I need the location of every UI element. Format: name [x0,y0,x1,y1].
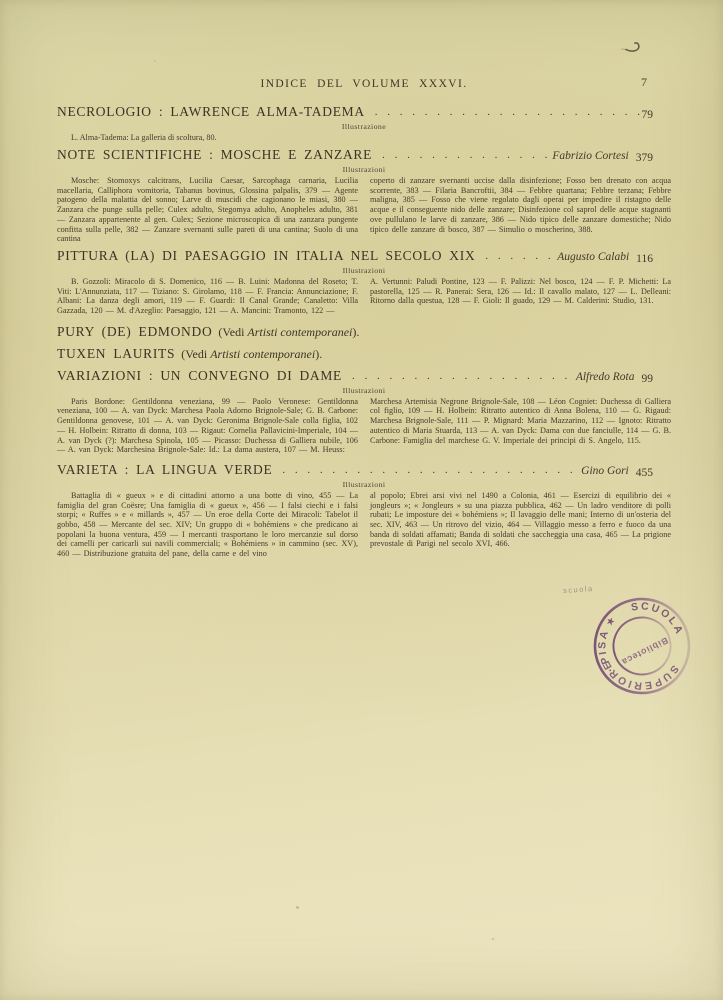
entry-page-number: 79 [642,109,654,121]
index-entry-varieta: VARIETA : LA LINGUA VERDE . . . . . . . … [57,462,671,559]
illustrations-label: Illustrazioni [57,266,671,275]
cross-reference-suffix: ). [315,347,322,361]
entry-author: Fabrizio Cortesi [552,150,628,162]
cross-reference: (Vedi Artisti contemporanei). [181,347,322,362]
dot-leader: . . . . . . . . . . . . . . . . . . . . … [272,464,581,476]
library-stamp: SCUOLA SUPERIORE · PISA ★ Biblioteca [580,584,704,708]
paper-speck [154,60,156,62]
illustrations-label: Illustrazione [57,122,671,131]
entry-heading: VARIETA : LA LINGUA VERDE . . . . . . . … [57,462,671,478]
entry-title: VARIAZIONI : UN CONVEGNO DI DAME [57,368,342,384]
entry-page-number: 455 [636,467,653,479]
paper-speck [296,906,299,909]
cross-reference-target: Artisti contemporanei [247,325,352,339]
illustrations-label: Illustrazioni [57,480,671,489]
entry-title: NOTE SCIENTIFICHE : MOSCHE E ZANZARE [57,147,372,163]
entry-page-number: 99 [642,373,654,385]
dot-leader: . . . . . . . . . . . . . . . . . . . . … [365,106,642,118]
illustration-list-right: al popolo; Ebrei arsi vivi nel 1490 a Co… [370,491,671,559]
cross-reference-suffix: ). [352,325,359,339]
entry-heading: NECROLOGIO : LAWRENCE ALMA-TADEMA . . . … [57,104,671,120]
illustration-columns: Battaglia di « gueux » e di cittadini at… [57,491,671,559]
index-entry-necrologio: NECROLOGIO : LAWRENCE ALMA-TADEMA . . . … [57,104,671,142]
entry-author: Augusto Calabi [557,251,629,263]
entry-heading: VARIAZIONI : UN CONVEGNO DI DAME . . . .… [57,368,671,384]
scanned-index-page: INDICE DEL VOLUME XXXVI. 7 NECROLOGIO : … [0,0,723,1000]
entry-title: PITTURA (LA) DI PAESAGGIO IN ITALIA NEL … [57,248,475,264]
page-header: INDICE DEL VOLUME XXXVI. 7 [57,74,671,90]
index-entry-note-scientifiche: NOTE SCIENTIFICHE : MOSCHE E ZANZARE . .… [57,147,671,244]
index-entry-pury: PURY (DE) EDMONDO (Vedi Artisti contempo… [57,324,671,340]
index-entry-tuxen: TUXEN LAURITS (Vedi Artisti contemporane… [57,346,671,362]
entry-title: TUXEN LAURITS [57,346,175,362]
entry-page-number: 116 [636,253,653,265]
illustration-list-left: Paris Bordone: Gentildonna veneziana, 99… [57,397,358,455]
stamp-center-text: Biblioteca [620,635,670,667]
paper-speck [492,938,494,940]
page-content: INDICE DEL VOLUME XXXVI. 7 NECROLOGIO : … [57,74,671,559]
illustration-list-right: A. Vertunni: Paludi Pontine, 123 — F. Pa… [370,277,671,316]
illustration-list-right: coperto di zanzare svernanti uccise dall… [370,176,671,244]
index-entry-pittura: PITTURA (LA) DI PAESAGGIO IN ITALIA NEL … [57,248,671,316]
entry-heading: TUXEN LAURITS (Vedi Artisti contemporane… [57,346,671,362]
illustration-list-right: Marchesa Artemisia Negrone Brignole-Sale… [370,397,671,455]
ink-mark-icon [620,38,644,54]
illustration-list-left: Mosche: Stomoxys calcitrans, Lucilia Cae… [57,176,358,244]
entry-page-number: 379 [636,152,653,164]
illustration-columns: B. Gozzoli: Miracolo di S. Domenico, 116… [57,277,671,316]
entry-author: Alfredo Rota [576,371,635,383]
dot-leader: . . . . . . . . . . . . . . . . . . . . … [372,149,552,161]
entry-heading: PITTURA (LA) DI PAESAGGIO IN ITALIA NEL … [57,248,671,264]
illustration-columns: Paris Bordone: Gentildonna veneziana, 99… [57,397,671,455]
cross-reference: (Vedi Artisti contemporanei). [218,325,359,340]
dot-leader: . . . . . . . . . . . . . . . . . . . . … [475,250,557,262]
cross-reference-target: Artisti contemporanei [210,347,315,361]
illustration-list-left: Battaglia di « gueux » e di cittadini at… [57,491,358,559]
entry-title: PURY (DE) EDMONDO [57,324,212,340]
illustration-list-left: B. Gozzoli: Miracolo di S. Domenico, 116… [57,277,358,316]
entry-title: VARIETA : LA LINGUA VERDE [57,462,272,478]
illustration-columns: Mosche: Stomoxys calcitrans, Lucilia Cae… [57,176,671,244]
cross-reference-prefix: (Vedi [181,347,210,361]
page-number: 7 [641,75,647,90]
entry-author: Gino Gori [581,465,629,477]
page-title: INDICE DEL VOLUME XXXVI. [260,78,467,90]
index-entry-variazioni: VARIAZIONI : UN CONVEGNO DI DAME . . . .… [57,368,671,455]
illustration-caption: L. Alma-Tadema: La galleria di scoltura,… [57,133,671,142]
cross-reference-prefix: (Vedi [218,325,247,339]
entry-heading: NOTE SCIENTIFICHE : MOSCHE E ZANZARE . .… [57,147,671,163]
entry-heading: PURY (DE) EDMONDO (Vedi Artisti contempo… [57,324,671,340]
illustrations-label: Illustrazioni [57,386,671,395]
dot-leader: . . . . . . . . . . . . . . . . . . . . … [342,370,576,382]
entry-title: NECROLOGIO : LAWRENCE ALMA-TADEMA [57,104,365,120]
illustrations-label: Illustrazioni [57,165,671,174]
